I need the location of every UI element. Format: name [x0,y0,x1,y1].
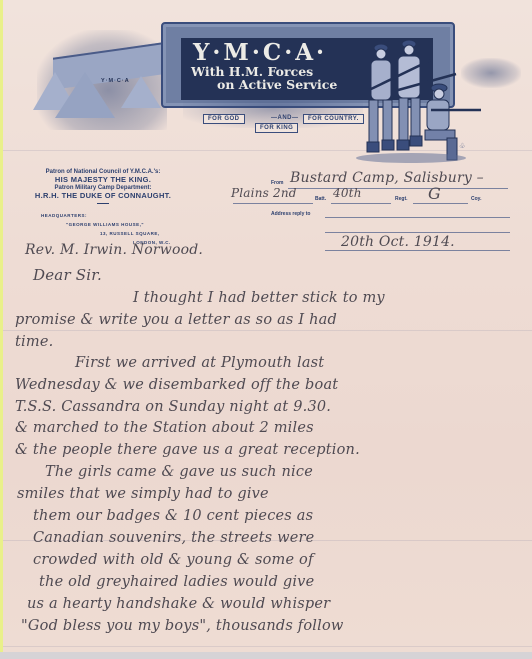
body-line: The girls came & gave us such nice [45,464,313,480]
body-line: them our badges & 10 cent pieces as [33,508,313,524]
divider [97,203,109,204]
letter-date: 20th Oct. 1914. [341,234,455,250]
body-line: Wednesday & we disembarked off the boat [15,377,338,393]
tent-icon [55,72,115,118]
ruled-line [3,330,532,331]
recipient: Rev. M. Irwin. Norwood. [25,242,203,258]
patrons-block: Patron of National Council of Y.M.C.A.'s… [23,168,183,207]
coy-label: Coy. [471,196,481,202]
plains-value: Plains 2nd [231,186,297,200]
body-line: First we arrived at Plymouth last [75,355,324,371]
banner-title: Y·M·C·A· [193,40,373,66]
body-line: "God bless you my boys", thousands follo… [21,618,344,634]
letter-page: Y·M·C·A Y·M·C·A· With H.M. Forces on Act… [3,0,532,652]
date-line [325,250,510,251]
body-line: & the people there gave us a great recep… [15,442,360,458]
motto-for-god: FOR GOD [203,114,245,124]
body-line: time. [15,334,53,350]
body-line: I thought I had better stick to my [133,290,385,306]
body-line: the old greyhaired ladies would give [39,574,314,590]
regt-line [413,203,468,204]
body-line: crowded with old & young & some of [33,552,314,568]
body-line: promise & write you a letter as so as I … [15,312,337,328]
hq-street: 13, RUSSELL SQUARE, [100,231,160,237]
regt-label: Regt. [395,196,408,202]
from-value: Bustard Camp, Salisbury – [290,170,484,186]
body-line: T.S.S. Cassandra on Sunday night at 9.30… [15,399,331,415]
hq-label: HEADQUARTERS: [41,213,87,219]
patron-line-2: HIS MAJESTY THE KING. [23,176,183,184]
batt-line [331,203,391,204]
motto-and: —AND— [267,114,303,122]
banner-subtitle-2: on Active Service [217,78,337,92]
page-edge [0,652,532,659]
body-line: & marched to the Station about 2 miles [15,420,314,436]
address-line [325,217,510,218]
svg-text:♧: ♧ [459,142,465,150]
batt-line [233,203,313,204]
body-line: us a hearty handshake & would whisper [27,596,330,612]
regt-value: G [428,184,441,203]
address-line [325,232,510,233]
hq-building: "GEORGE WILLIAMS HOUSE," [66,222,144,228]
address-label: Address reply to [271,211,310,217]
motto-for-king: FOR KING [255,123,298,133]
from-line [288,188,508,189]
salutation: Dear Sir. [33,266,102,284]
batt-label: Batt. [315,196,326,202]
body-line: smiles that we simply had to give [17,486,269,502]
patron-line-4: H.R.H. THE DUKE OF CONNAUGHT. [23,192,183,200]
ruled-line [3,646,532,647]
body-line: Canadian souvenirs, the streets were [33,530,314,546]
tent-icon [121,76,161,108]
batt-value: 40th [333,186,362,200]
soldiers-illustration-icon: ♧ [351,30,481,170]
